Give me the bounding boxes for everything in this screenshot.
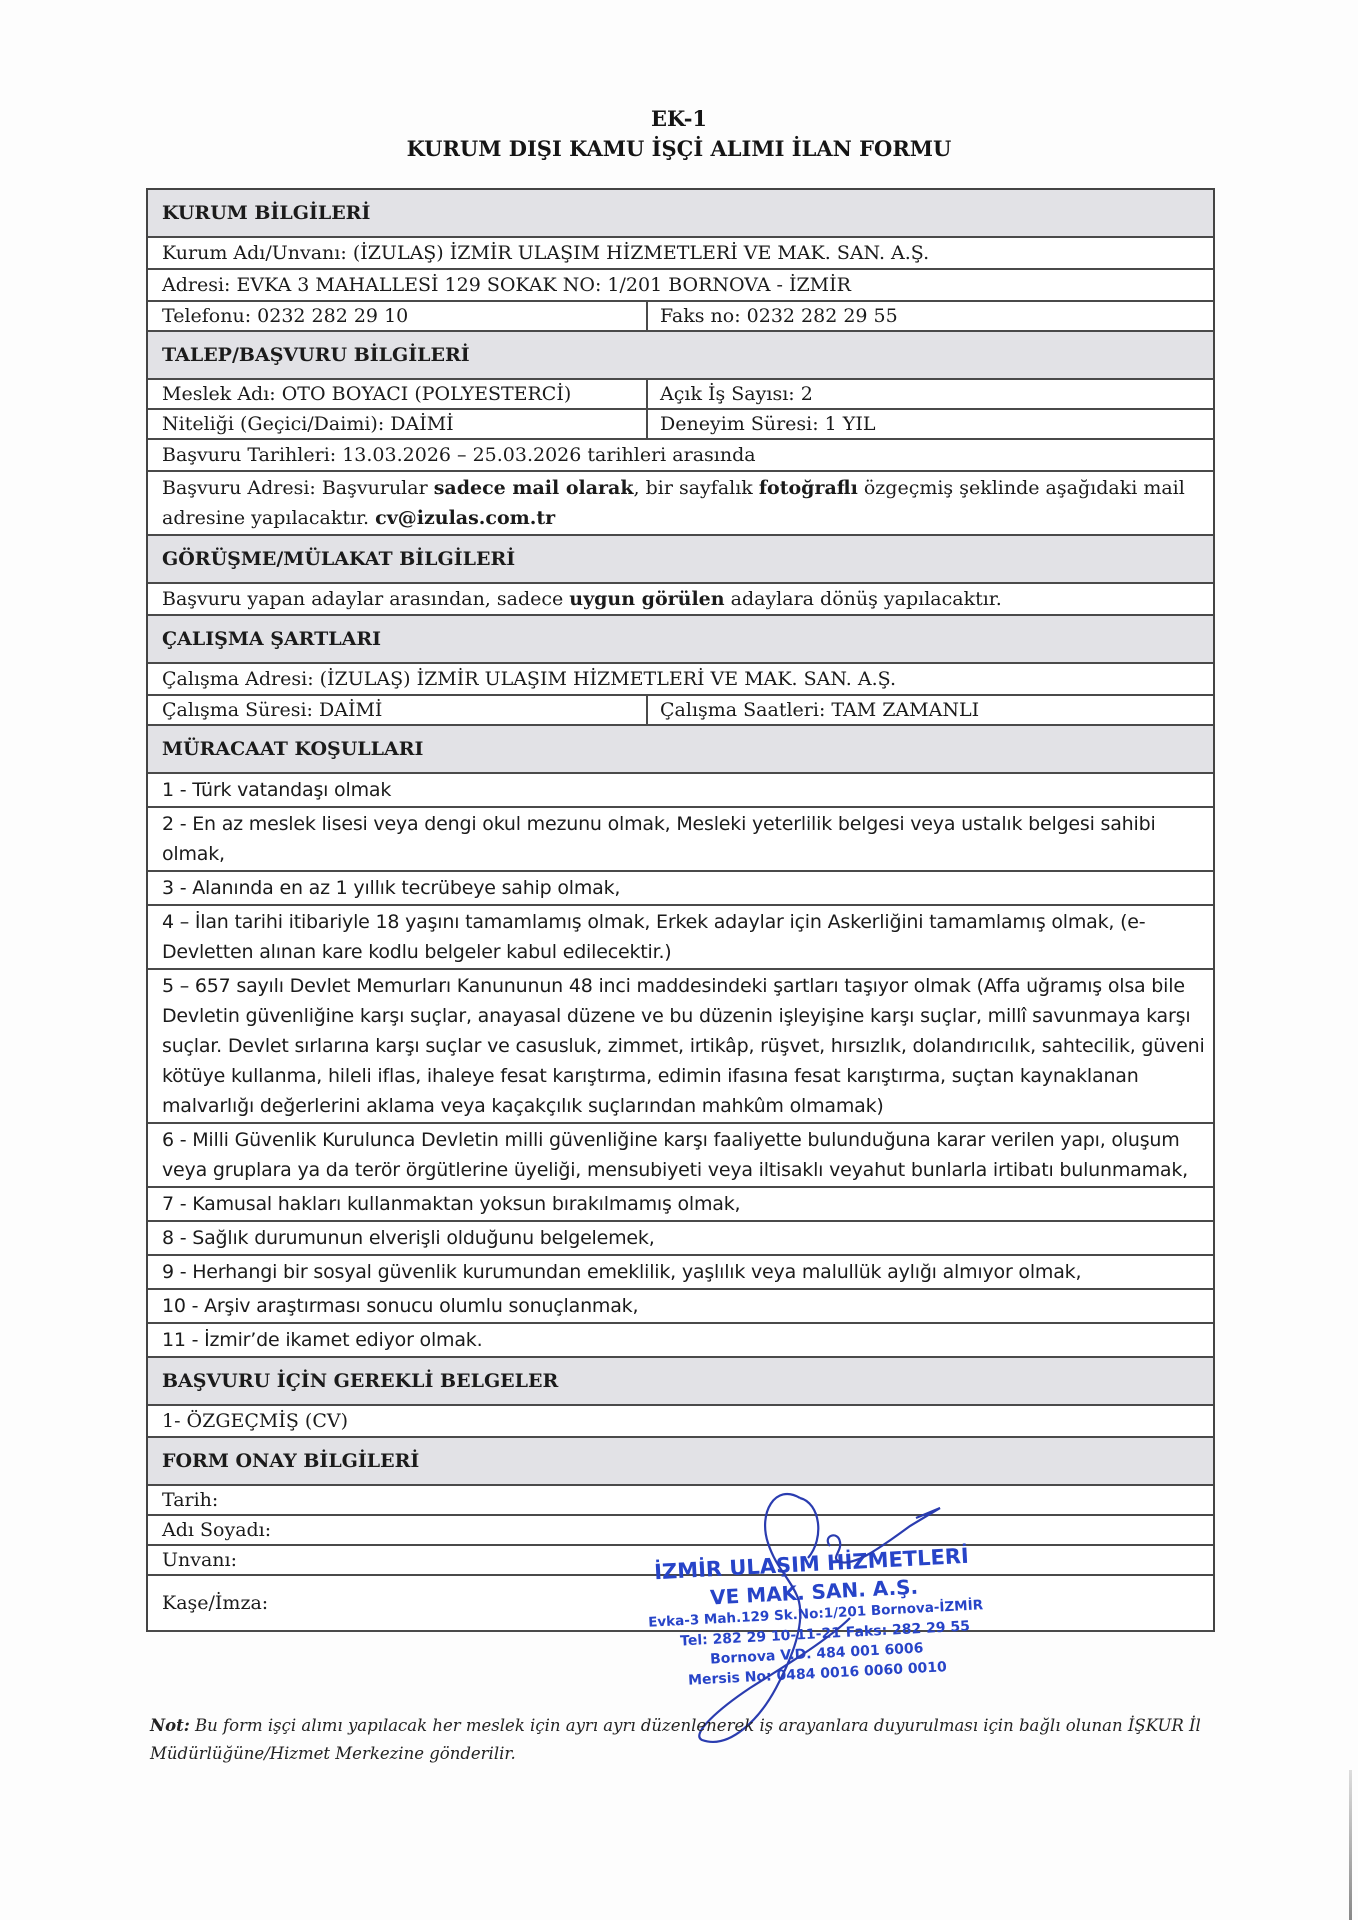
work-hours: Çalışma Saatleri: TAM ZAMANLI xyxy=(648,696,979,724)
employment-type: Niteliği (Geçici/Daimi): DAİMİ xyxy=(148,410,648,438)
application-address: Başvuru Adresi: Başvurular sadece mail o… xyxy=(148,472,1213,536)
application-dates: Başvuru Tarihleri: 13.03.2026 – 25.03.20… xyxy=(148,440,1213,472)
kurum-contact-row: Telefonu: 0232 282 29 10 Faks no: 0232 2… xyxy=(148,302,1213,332)
conditions-list: 1 - Türk vatandaşı olmak2 - En az meslek… xyxy=(148,774,1213,1358)
section-muracaat-kosullari: MÜRACAAT KOŞULLARI xyxy=(148,726,1213,774)
condition-item: 5 – 657 sayılı Devlet Memurları Kanununu… xyxy=(148,970,1213,1124)
required-document-item: 1- ÖZGEÇMİŞ (CV) xyxy=(148,1406,1213,1438)
application-address-bold-1: sadece mail olarak xyxy=(434,477,634,499)
announcement-form: KURUM BİLGİLERİ Kurum Adı/Unvanı: (İZULA… xyxy=(146,188,1215,1632)
section-gerekli-belgeler: BAŞVURU İÇİN GEREKLİ BELGELER xyxy=(148,1358,1213,1406)
scan-edge xyxy=(1349,1770,1352,1920)
condition-item: 7 - Kamusal hakları kullanmaktan yoksun … xyxy=(148,1188,1213,1222)
condition-item: 10 - Arşiv araştırması sonucu olumlu son… xyxy=(148,1290,1213,1324)
section-talep-basvuru: TALEP/BAŞVURU BİLGİLERİ xyxy=(148,332,1213,380)
kurum-name: Kurum Adı/Unvanı: (İZULAŞ) İZMİR ULAŞIM … xyxy=(148,238,1213,270)
experience-duration: Deneyim Süresi: 1 YIL xyxy=(648,410,875,438)
section-calisma-sartlari: ÇALIŞMA ŞARTLARI xyxy=(148,616,1213,664)
condition-item: 6 - Milli Güvenlik Kurulunca Devletin mi… xyxy=(148,1124,1213,1188)
section-gorusme-mulakat: GÖRÜŞME/MÜLAKAT BİLGİLERİ xyxy=(148,536,1213,584)
condition-item: 1 - Türk vatandaşı olmak xyxy=(148,774,1213,808)
application-address-mid: , bir sayfalık xyxy=(634,477,759,499)
open-positions: Açık İş Sayısı: 2 xyxy=(648,380,813,408)
section-form-onay: FORM ONAY BİLGİLERİ xyxy=(148,1438,1213,1486)
work-address: Çalışma Adresi: (İZULAŞ) İZMİR ULAŞIM Hİ… xyxy=(148,664,1213,696)
work-terms-row: Çalışma Süresi: DAİMİ Çalışma Saatleri: … xyxy=(148,696,1213,726)
approval-stamp-signature-field: Kaşe/İmza: xyxy=(148,1576,1213,1632)
footnote: Not: Bu form işçi alımı yapılacak her me… xyxy=(150,1712,1210,1768)
application-address-prefix: Başvuru Adresi: Başvurular xyxy=(162,477,434,499)
approval-date-field: Tarih: xyxy=(148,1486,1213,1516)
kurum-address: Adresi: EVKA 3 MAHALLESİ 129 SOKAK NO: 1… xyxy=(148,270,1213,302)
section-kurum-bilgileri: KURUM BİLGİLERİ xyxy=(148,190,1213,238)
approval-name-field: Adı Soyadı: xyxy=(148,1516,1213,1546)
application-email-link[interactable]: cv@izulas.com.tr xyxy=(375,507,555,529)
condition-item: 2 - En az meslek lisesi veya dengi okul … xyxy=(148,808,1213,872)
annex-label: EK-1 xyxy=(0,104,1358,134)
interview-info-suffix: adaylara dönüş yapılacaktır. xyxy=(725,584,1002,614)
interview-info: Başvuru yapan adaylar arasından, sadece … xyxy=(148,584,1213,616)
approval-title-field: Unvanı: xyxy=(148,1546,1213,1576)
kurum-phone: Telefonu: 0232 282 29 10 xyxy=(148,302,648,330)
talep-row-2: Niteliği (Geçici/Daimi): DAİMİ Deneyim S… xyxy=(148,410,1213,440)
occupation-name: Meslek Adı: OTO BOYACI (POLYESTERCİ) xyxy=(148,380,648,408)
stamp-line-5: Bornova V.D. 484 001 6006 xyxy=(710,1640,924,1667)
document-header: EK-1 KURUM DIŞI KAMU İŞÇİ ALIMI İLAN FOR… xyxy=(0,104,1358,164)
interview-info-prefix: Başvuru yapan adaylar arasından, sadece xyxy=(162,584,569,614)
talep-row-1: Meslek Adı: OTO BOYACI (POLYESTERCİ) Açı… xyxy=(148,380,1213,410)
stamp-line-6: Mersis No: 0484 0016 0060 0010 xyxy=(688,1659,947,1689)
condition-item: 3 - Alanında en az 1 yıllık tecrübeye sa… xyxy=(148,872,1213,906)
condition-item: 4 – İlan tarihi itibariyle 18 yaşını tam… xyxy=(148,906,1213,970)
application-address-bold-2: fotoğraflı xyxy=(759,477,858,499)
interview-info-bold: uygun görülen xyxy=(569,584,724,614)
kurum-fax: Faks no: 0232 282 29 55 xyxy=(648,302,898,330)
condition-item: 9 - Herhangi bir sosyal güvenlik kurumun… xyxy=(148,1256,1213,1290)
condition-item: 8 - Sağlık durumunun elverişli olduğunu … xyxy=(148,1222,1213,1256)
condition-item: 11 - İzmir’de ikamet ediyor olmak. xyxy=(148,1324,1213,1358)
work-duration: Çalışma Süresi: DAİMİ xyxy=(148,696,648,724)
footnote-label: Not: xyxy=(150,1716,190,1735)
footnote-text: Bu form işçi alımı yapılacak her meslek … xyxy=(150,1716,1201,1763)
form-title: KURUM DIŞI KAMU İŞÇİ ALIMI İLAN FORMU xyxy=(0,134,1358,164)
